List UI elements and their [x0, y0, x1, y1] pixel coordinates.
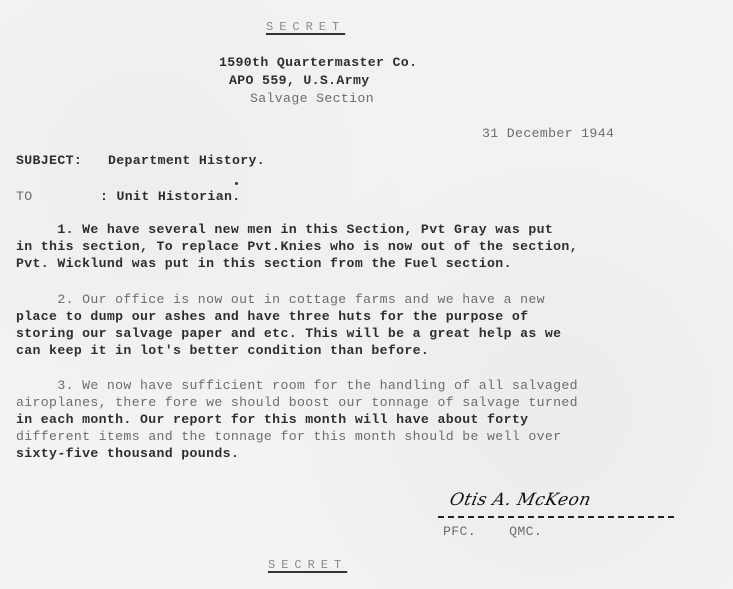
- to-label: TO: [16, 189, 33, 205]
- signature-title: PFC. QMC.: [443, 524, 542, 540]
- document-date: 31 December 1944: [482, 126, 614, 142]
- paragraph-3-line-1: 3. We now have sufficient room for the h…: [16, 378, 578, 394]
- paragraph-3-line-3: in each month. Our report for this month…: [16, 412, 528, 428]
- signature-line: Otis A. McKeon: [438, 494, 674, 518]
- paragraph-3-line-4: different items and the tonnage for this…: [16, 429, 561, 445]
- subject-label: SUBJECT:: [16, 153, 82, 169]
- paragraph-3-line-2: airoplanes, there fore we should boost o…: [16, 395, 578, 411]
- subject-text: Department History.: [108, 153, 265, 169]
- letterhead-apo: APO 559, U.S.Army: [229, 73, 369, 89]
- paragraph-2-line-3: storing our salvage paper and etc. This …: [16, 326, 561, 342]
- paragraph-1-line-2: in this section, To replace Pvt.Knies wh…: [16, 239, 578, 255]
- typewriter-mark: [235, 182, 238, 185]
- paragraph-2-line-2: place to dump our ashes and have three h…: [16, 309, 528, 325]
- paragraph-2-line-4: can keep it in lot's better condition th…: [16, 343, 429, 359]
- document-page: SECRET 1590th Quartermaster Co. APO 559,…: [0, 0, 733, 589]
- paragraph-3-line-5: sixty-five thousand pounds.: [16, 446, 239, 462]
- to-text: : Unit Historian.: [100, 189, 240, 205]
- letterhead-section: Salvage Section: [250, 91, 374, 107]
- paragraph-2-line-1: 2. Our office is now out in cottage farm…: [16, 292, 545, 308]
- classification-bottom: SECRET: [268, 558, 347, 572]
- paragraph-1-line-1: 1. We have several new men in this Secti…: [16, 222, 553, 238]
- letterhead-unit: 1590th Quartermaster Co.: [219, 55, 417, 71]
- signature: Otis A. McKeon: [448, 490, 593, 510]
- paragraph-1-line-3: Pvt. Wicklund was put in this section fr…: [16, 256, 512, 272]
- classification-top: SECRET: [266, 20, 345, 34]
